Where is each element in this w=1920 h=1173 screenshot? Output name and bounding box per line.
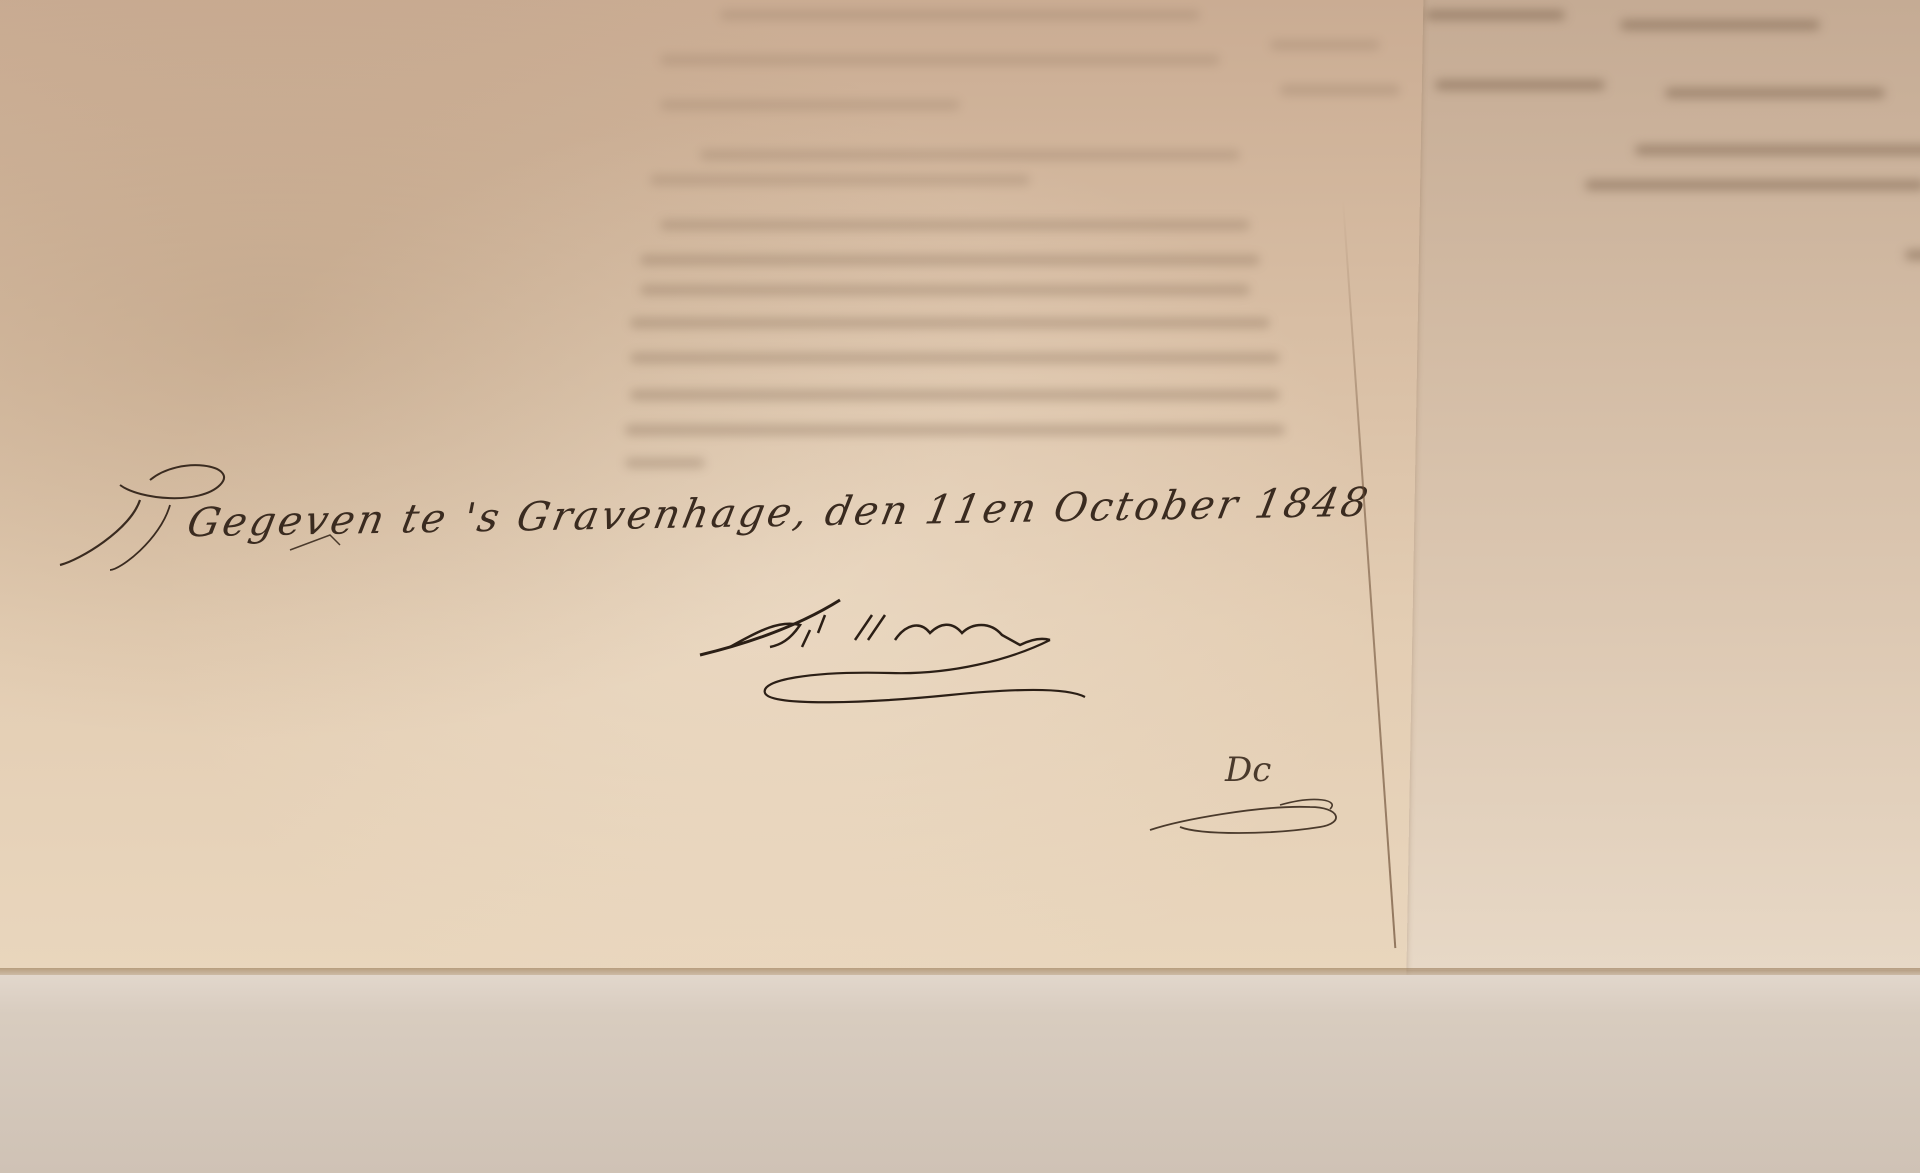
blurred-handwriting bbox=[1665, 88, 1885, 98]
blurred-handwriting bbox=[630, 318, 1270, 328]
blurred-handwriting bbox=[625, 425, 1285, 435]
blurred-handwriting bbox=[660, 55, 1220, 65]
blurred-handwriting bbox=[660, 220, 1250, 230]
blurred-handwriting bbox=[640, 255, 1260, 265]
blurred-handwriting bbox=[1270, 40, 1380, 50]
table-surface bbox=[0, 975, 1920, 1173]
blurred-handwriting bbox=[720, 10, 1200, 20]
initials-mark: Dc bbox=[1140, 745, 1360, 855]
blurred-handwriting bbox=[630, 390, 1280, 400]
blurred-handwriting bbox=[1435, 80, 1605, 90]
blurred-handwriting bbox=[650, 175, 1030, 185]
right-page bbox=[1405, 0, 1920, 970]
blurred-handwriting bbox=[660, 100, 960, 110]
signature: Willem bbox=[690, 585, 1210, 715]
blurred-handwriting bbox=[1635, 145, 1920, 155]
blurred-handwriting bbox=[1620, 20, 1820, 30]
blurred-handwriting bbox=[1280, 85, 1400, 95]
initials-flourish-icon bbox=[1140, 745, 1360, 855]
blurred-handwriting bbox=[700, 150, 1240, 160]
date-line: Gegeven te 's Gravenhage, den 11en Octob… bbox=[40, 460, 1330, 580]
blurred-handwriting bbox=[1425, 10, 1565, 20]
photo-scene: blurred handwritten paragraph (illegible… bbox=[0, 0, 1920, 1173]
blurred-handwriting bbox=[630, 353, 1280, 363]
blurred-handwriting bbox=[640, 285, 1250, 295]
blurred-handwriting bbox=[1585, 180, 1920, 190]
blurred-handwriting bbox=[1905, 250, 1920, 260]
